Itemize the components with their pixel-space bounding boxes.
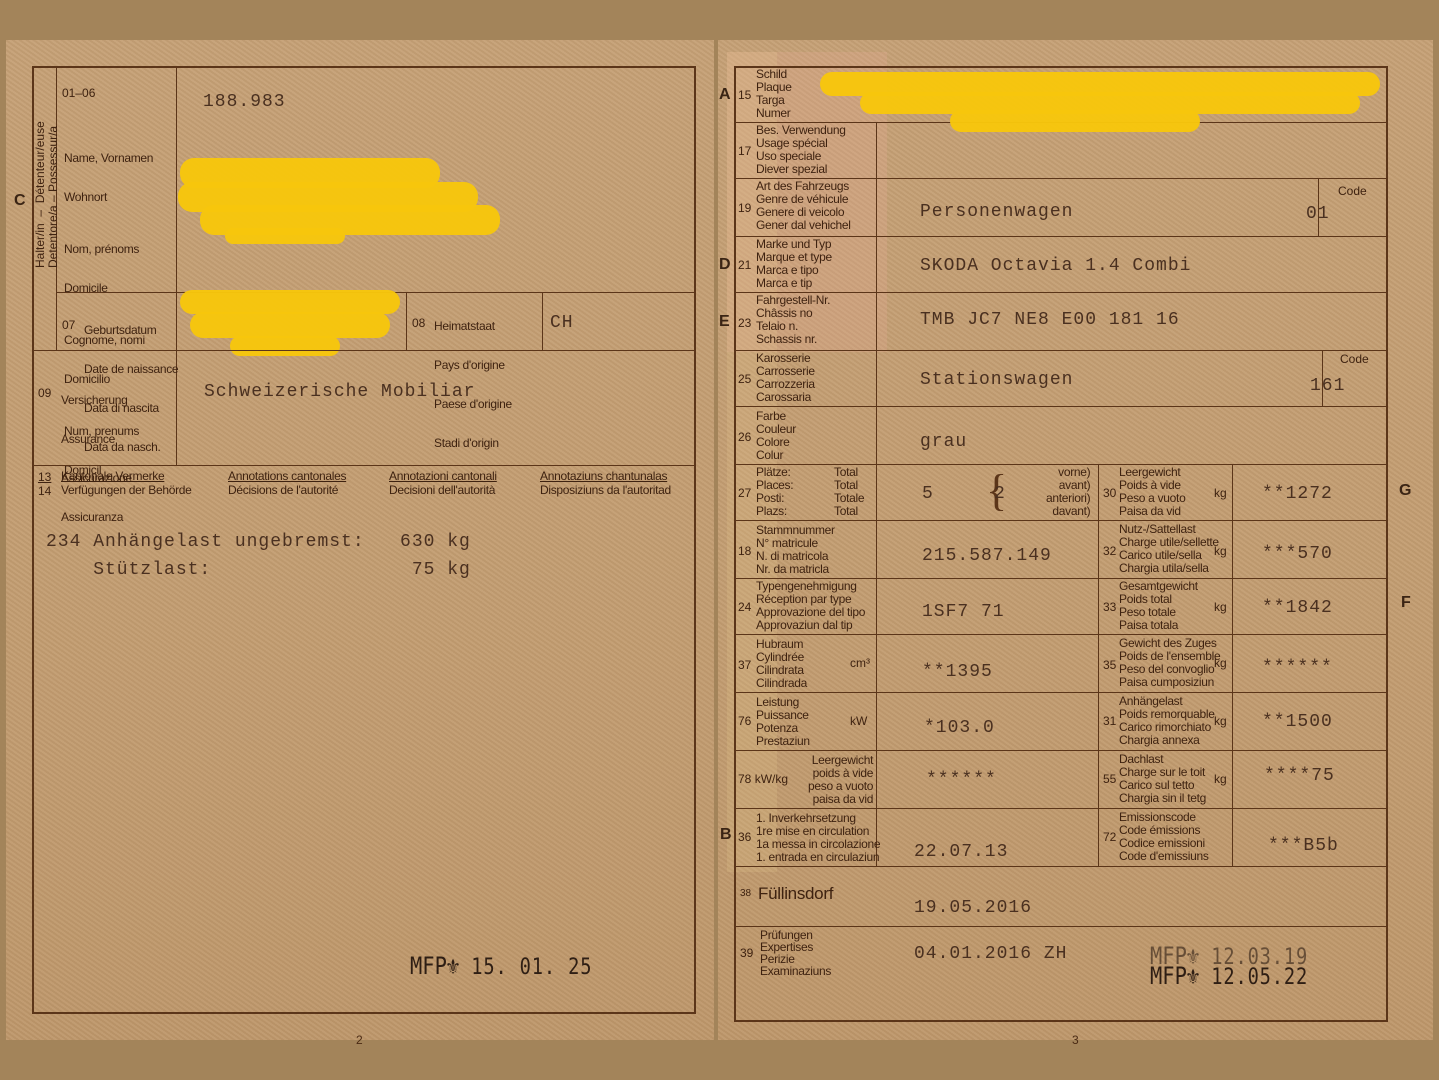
- vehicle-type-value: Personenwagen: [920, 202, 1073, 222]
- field-25-number: 25: [738, 372, 751, 386]
- field-27-number: 27: [738, 486, 751, 500]
- type-approval-value: 1SF7 71: [922, 602, 1005, 622]
- roof-load-label: DachlastCharge sur le toitCarico sul tet…: [1119, 753, 1206, 805]
- displacement-label: HubraumCylindréeCilindrataCilindrada: [756, 638, 807, 690]
- cantonal-notes-label: Annotations cantonales: [228, 470, 346, 483]
- authority-decisions-label: Decisioni dell'autorità: [389, 484, 495, 497]
- total-weight-value: **1842: [1262, 598, 1333, 618]
- seats-label: Plätze:Places:Posti:Plazs:: [756, 466, 793, 518]
- special-use-label: Bes. VerwendungUsage spécialUso speciale…: [756, 124, 846, 176]
- field-13-number: 13: [38, 470, 51, 484]
- cantonal-notes-label: Annotaziuns chantunalas: [540, 470, 667, 483]
- field-55-number: 55: [1103, 772, 1116, 786]
- redacted-birthdate: [230, 336, 340, 356]
- plate-label: SchildPlaqueTargaNumer: [756, 68, 792, 120]
- chassis-number-label: Fahrgestell-Nr.Châssis noTelaio n.Schass…: [756, 294, 830, 346]
- unit-kg: kg: [1214, 486, 1227, 500]
- trailer-load-unbraked-entry: 234 Anhängelast ungebremst: 630 kg: [46, 532, 471, 552]
- inspection-stamp-left: MFP⚜ 15. 01. 25: [410, 952, 592, 980]
- trailer-load-label: AnhängelastPoids remorquableCarico rimor…: [1119, 695, 1215, 747]
- field-36-number: 36: [738, 830, 751, 844]
- inspection-stamp-right: MFP⚜ 12.05.22: [1150, 962, 1308, 990]
- payload-label: Nutz-/SattellastCharge utile/selletteCar…: [1119, 523, 1219, 575]
- page-number-2: 2: [356, 1033, 363, 1047]
- section-marker-d: D: [719, 256, 731, 274]
- total-weight-label: GesamtgewichtPoids totalPeso totalePaisa…: [1119, 580, 1198, 632]
- field-37-number: 37: [738, 658, 751, 672]
- first-registration-label: 1. Inverkehrsetzung1re mise en circulati…: [756, 812, 880, 864]
- power-label: LeistungPuissancePotenzaPrestaziun: [756, 696, 810, 748]
- unit-kg: kg: [1214, 772, 1227, 786]
- cantonal-notes-label: Kantonale Vermerke: [61, 470, 164, 483]
- vehicle-type-label: Art des FahrzeugsGenre de véhiculeGenere…: [756, 180, 851, 232]
- field-19-number: 19: [738, 201, 751, 215]
- empty-weight-value: **1272: [1262, 484, 1333, 504]
- redacted-owner-address: [225, 228, 345, 244]
- body-type-code: 161: [1310, 376, 1345, 396]
- power-weight-value: ******: [926, 770, 997, 790]
- authority-decisions-label: Disposiziuns da l'autoritad: [540, 484, 671, 497]
- body-type-label: KarosserieCarrosserieCarrozzeriaCarossar…: [756, 352, 815, 404]
- field-39-number: 39: [740, 946, 753, 960]
- color-label: FarbeCouleurColoreColur: [756, 410, 796, 462]
- inspections-label: PrüfungenExpertisesPerizieExaminaziuns: [760, 929, 831, 977]
- section-marker-g: G: [1399, 482, 1411, 500]
- field-72-number: 72: [1103, 830, 1116, 844]
- cantonal-notes-label: Annotazioni cantonali: [389, 470, 497, 483]
- field-23-number: 23: [738, 316, 751, 330]
- trailer-load-value: **1500: [1262, 712, 1333, 732]
- authority-decisions-label: Décisions de l'autorité: [228, 484, 338, 497]
- field-32-number: 32: [1103, 544, 1116, 558]
- field-26-number: 26: [738, 430, 751, 444]
- field-07-number: 07: [62, 318, 75, 332]
- unit-kg: kg: [1214, 544, 1227, 558]
- empty-weight-label: LeergewichtPoids à videPeso a vuotoPaisa…: [1119, 466, 1185, 518]
- field-33-number: 33: [1103, 600, 1116, 614]
- chassis-number-value: TMB JC7 NE8 E00 181 16: [920, 310, 1180, 330]
- field-01-06-number: 01–06: [62, 86, 95, 100]
- section-marker-c: C: [14, 192, 26, 210]
- roof-load-value: ****75: [1264, 766, 1335, 786]
- train-weight-label: Gewicht des ZugesPoids de l'ensemblePeso…: [1119, 637, 1220, 689]
- authority-decisions-label: Verfügungen der Behörde: [61, 484, 192, 497]
- issue-place: Füllinsdorf: [758, 884, 833, 904]
- origin-label: Heimatstaat Pays d'origine Paese d'origi…: [434, 294, 512, 463]
- seats-total-label: TotalTotalTotaleTotal: [834, 466, 864, 518]
- field-38-number: 38: [740, 888, 751, 899]
- master-number-value: 215.587.149: [922, 546, 1052, 566]
- seats-front-label: vorne)avant)anteriori)davant): [1046, 466, 1090, 518]
- holder-vertical-label: Halter/in – Détenteur/euse Detentore/a –…: [34, 121, 60, 268]
- code-label: Code: [1338, 184, 1367, 198]
- field-18-number: 18: [738, 544, 751, 558]
- code-label: Code: [1340, 352, 1369, 366]
- unit-kw: kW: [850, 714, 867, 728]
- insurance-value: Schweizerische Mobiliar: [204, 382, 475, 402]
- field-21-number: 21: [738, 258, 751, 272]
- field-24-number: 24: [738, 600, 751, 614]
- unit-kg: kg: [1214, 714, 1227, 728]
- power-value: *103.0: [924, 718, 995, 738]
- displacement-value: **1395: [922, 662, 993, 682]
- field-78-number: 78 kW/kg: [738, 772, 788, 786]
- seats-total-value: 5: [922, 484, 934, 504]
- field-30-number: 30: [1103, 486, 1116, 500]
- emission-code-value: ***B5b: [1268, 836, 1339, 856]
- redacted-plate: [950, 110, 1200, 132]
- field-31-number: 31: [1103, 714, 1116, 728]
- page-number-3: 3: [1072, 1033, 1079, 1047]
- holder-number-value: 188.983: [203, 92, 286, 112]
- seats-front-value: 2: [994, 484, 1006, 504]
- section-marker-a: A: [719, 86, 731, 104]
- make-model-value: SKODA Octavia 1.4 Combi: [920, 256, 1191, 276]
- field-76-number: 76: [738, 714, 751, 728]
- field-08-number: 08: [412, 316, 425, 330]
- field-09-number: 09: [38, 386, 51, 400]
- first-registration-value: 22.07.13: [914, 842, 1008, 862]
- emission-code-label: EmissionscodeCode émissionsCodice emissi…: [1119, 811, 1209, 863]
- unit-cm3: cm³: [850, 656, 870, 670]
- unit-kg: kg: [1214, 656, 1227, 670]
- section-marker-e: E: [719, 313, 730, 331]
- train-weight-value: ******: [1262, 658, 1333, 678]
- origin-value: CH: [550, 313, 574, 333]
- section-marker-b: B: [720, 826, 732, 844]
- unit-kg: kg: [1214, 600, 1227, 614]
- master-number-label: StammnummerN° matriculeN. di matricolaNr…: [756, 524, 835, 576]
- payload-value: ***570: [1262, 544, 1333, 564]
- color-value: grau: [920, 432, 967, 452]
- section-marker-f: F: [1401, 594, 1411, 612]
- make-model-label: Marke und TypMarque et typeMarca e tipoM…: [756, 238, 832, 290]
- redacted-birthdate: [180, 290, 400, 314]
- redacted-birthdate: [190, 312, 390, 338]
- issue-date-value: 19.05.2016: [914, 898, 1032, 918]
- type-approval-label: TypengenehmigungRéception par typeApprov…: [756, 580, 865, 632]
- field-35-number: 35: [1103, 658, 1116, 672]
- vehicle-type-code: 01: [1306, 204, 1330, 224]
- field-15-number: 15: [738, 88, 751, 102]
- field-17-number: 17: [738, 144, 751, 158]
- field-14-number: 14: [38, 484, 51, 498]
- body-type-value: Stationswagen: [920, 370, 1073, 390]
- power-weight-label: Leergewichtpoids à videpeso a vuotopaisa…: [808, 754, 873, 806]
- inspection-value: 04.01.2016 ZH: [914, 944, 1067, 964]
- insurance-label: Versicherung Assurance Assicurazione Ass…: [61, 368, 132, 537]
- support-load-entry: Stützlast: 75 kg: [46, 560, 471, 580]
